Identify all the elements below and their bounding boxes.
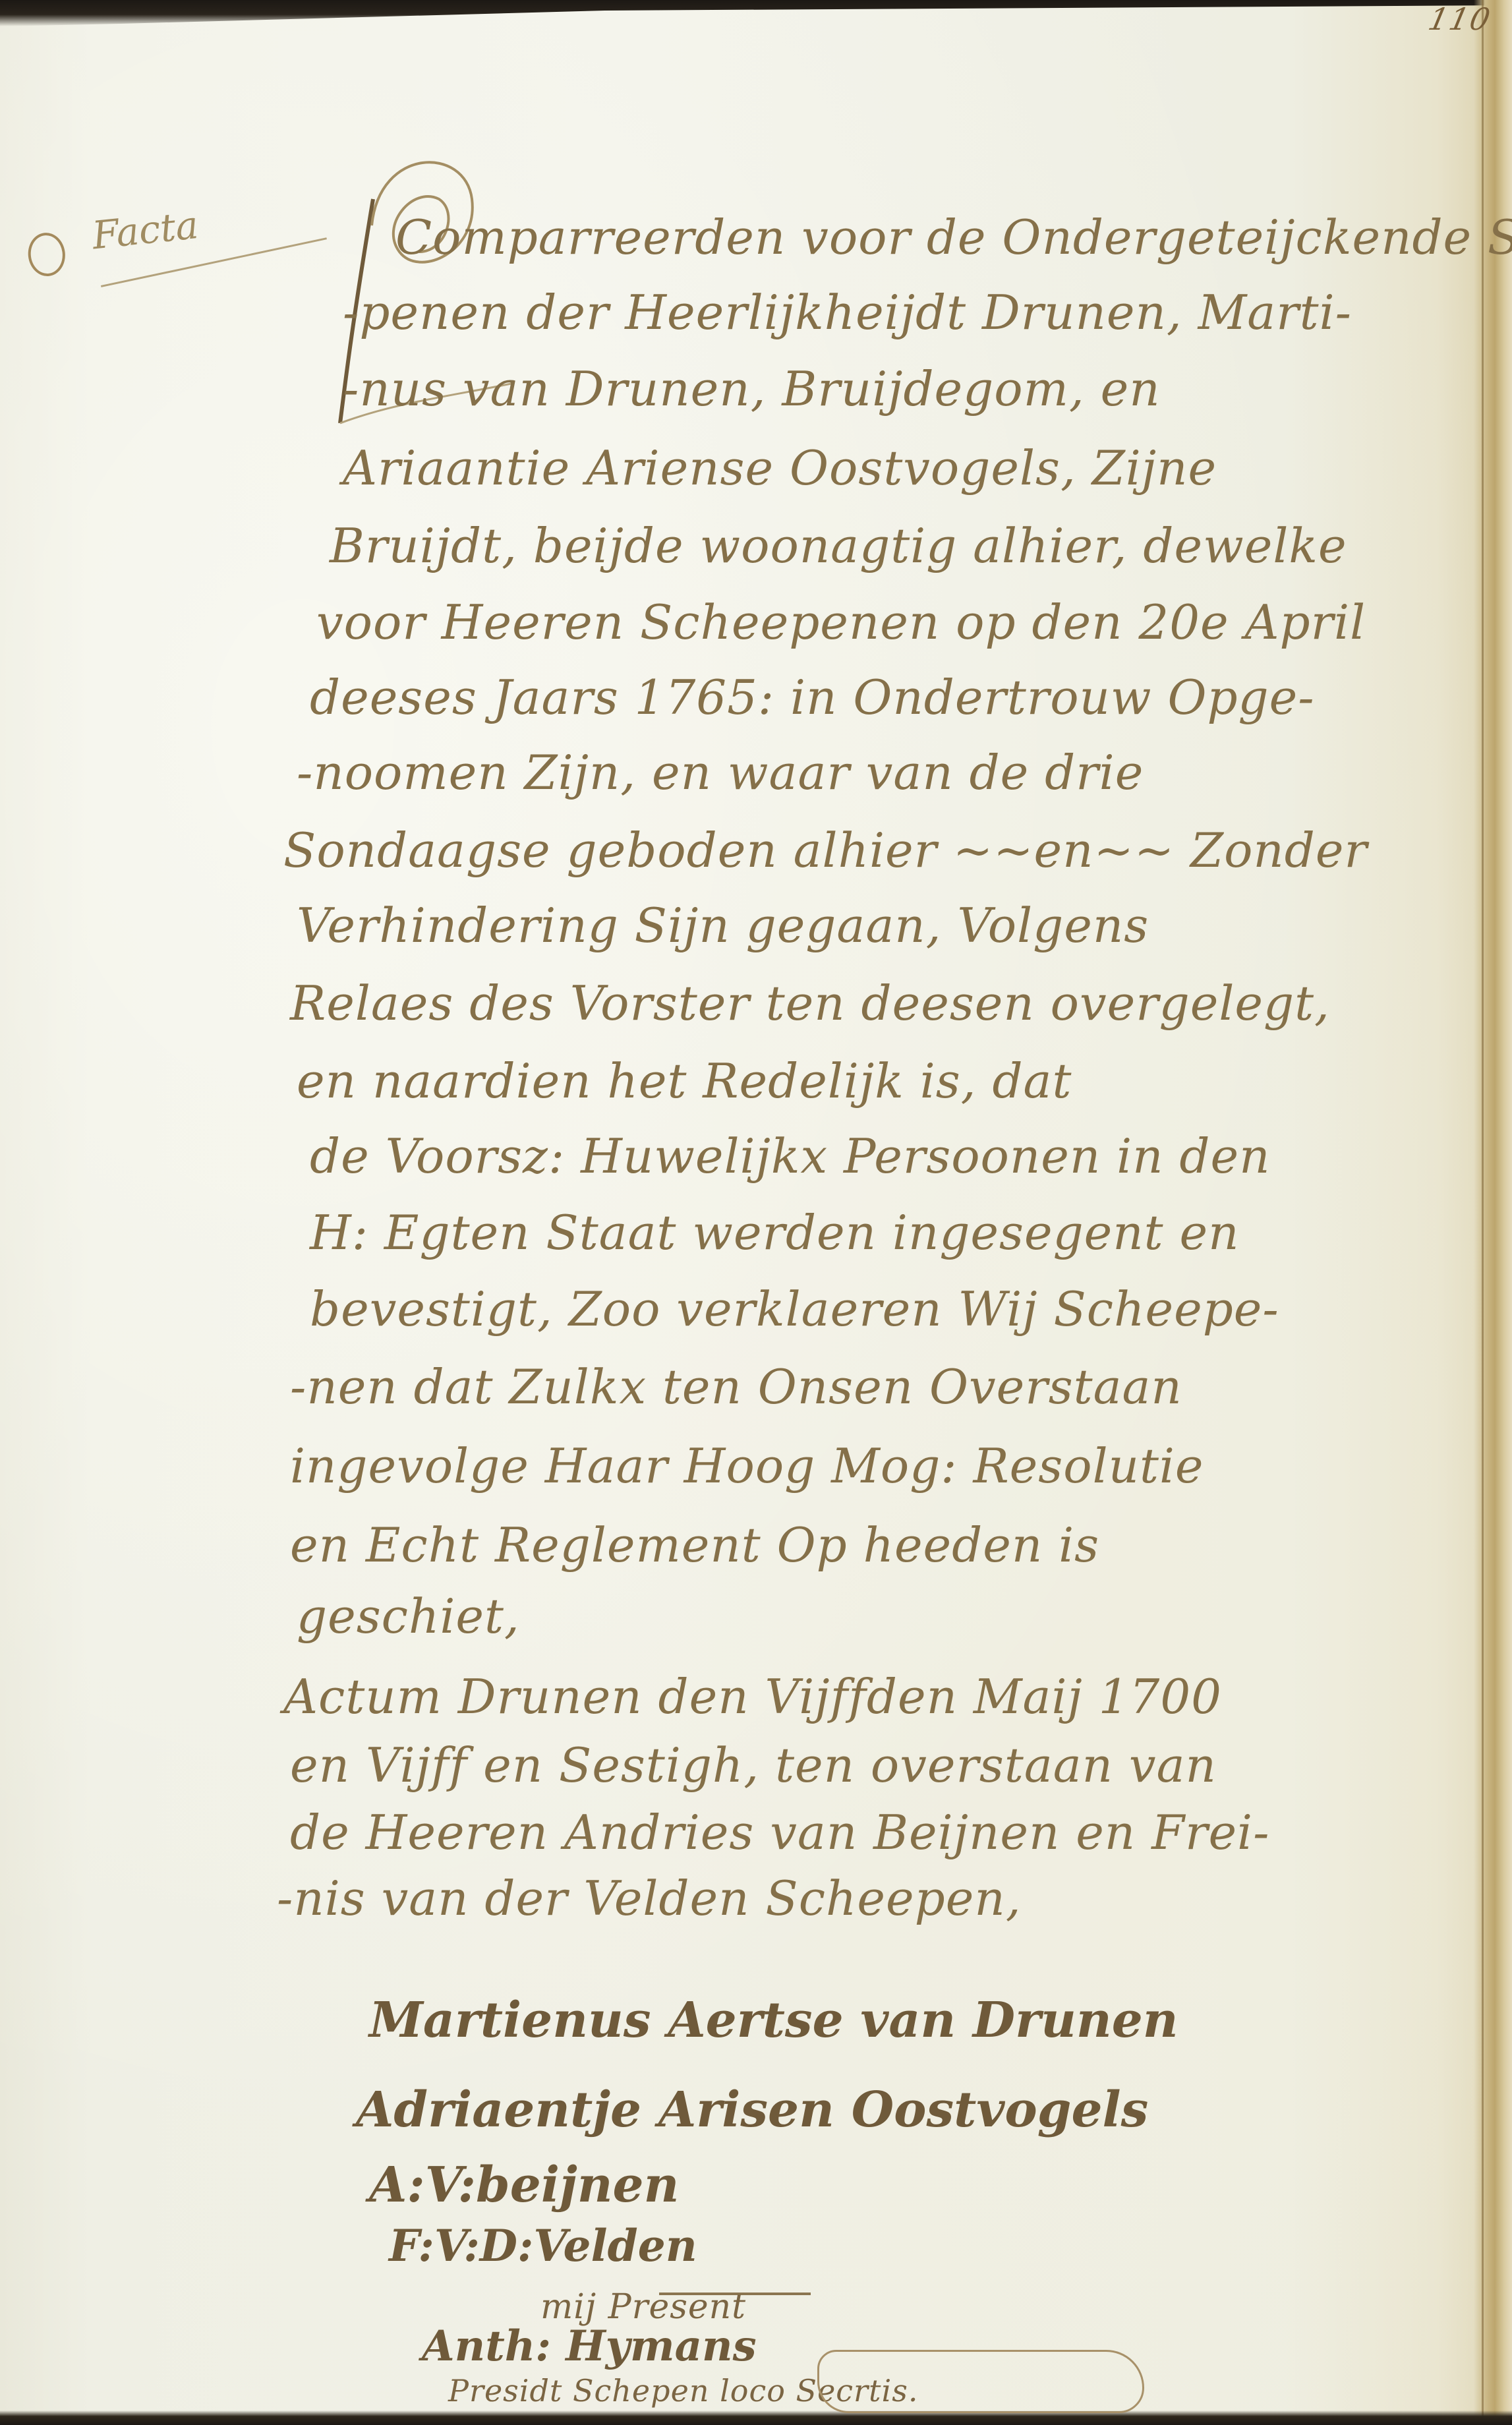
body-line: -noomen Zijn, en waar van de drie [297,745,1144,800]
body-line: en Echt Reglement Op heeden is [290,1517,1099,1573]
body-line: de Heeren Andries van Beijnen en Frei- [290,1805,1269,1860]
body-line: Comparreerden voor de Ondergeteijckende … [395,210,1512,265]
body-line: bevestigt, Zoo verklaeren Wij Scheepe- [310,1281,1279,1337]
signature-bride: Adriaentje Arisen Oostvogels [356,2082,1148,2138]
body-line: Ariaantie Ariense Oostvogels, Zijne [343,440,1217,496]
body-line: en naardien het Redelijk is, dat [297,1053,1072,1109]
body-line: -nus van Drunen, Bruijdegom, en [343,361,1161,417]
scan-top-shadow [0,0,1512,26]
signature-alderman-velden: F:V:D:Velden [389,2220,697,2271]
signature-alderman-beijnen: A:V:beijnen [369,2157,679,2213]
page-edge [1474,0,1512,2425]
margin-annotation: Facta [30,202,200,264]
body-line: -nen dat Zulkx ten Onsen Overstaan [290,1359,1182,1415]
body-line: ingevolge Haar Hoog Mog: Resolutie [290,1438,1204,1494]
body-line: Verhindering Sijn gegaan, Volgens [297,898,1149,953]
body-line: Bruijdt, beijde woonagtig alhier, dewelk… [330,518,1347,573]
manuscript-page: 110 Facta Comparreerden voor de Onderget… [0,0,1512,2425]
body-line: -nis van der Velden Scheepen, [277,1871,1022,1926]
attestation-present: mij Present [540,2287,746,2327]
body-line: -penen der Heerlijkheijdt Drunen, Marti- [343,285,1352,340]
body-line: Relaes des Vorster ten deesen overgelegt… [290,976,1330,1031]
body-line: Actum Drunen den Vijffden Maij 1700 [283,1669,1222,1724]
body-line: Sondaagse geboden alhier ~~en~~ Zonder [283,823,1368,878]
attestation-signature: Anth: Hymans [422,2322,757,2371]
body-line: deeses Jaars 1765: in Ondertrouw Opge- [310,670,1315,725]
body-line: de Voorsz: Huwelijkx Persoonen in den [310,1128,1271,1184]
body-line: en Vijff en Sestigh, ten overstaan van [290,1738,1217,1793]
signature-groom: Martienus Aertse van Drunen [369,1992,1178,2049]
body-line: geschiet, [297,1589,520,1644]
signature-paraph-flourish [817,2350,1144,2413]
body-line: voor Heeren Scheepenen op den 20e April [316,595,1366,650]
body-line: H: Egten Staat werden ingesegent en [310,1205,1239,1260]
scan-bottom-shadow [0,2410,1512,2425]
folio-number: 110 [1425,1,1494,37]
